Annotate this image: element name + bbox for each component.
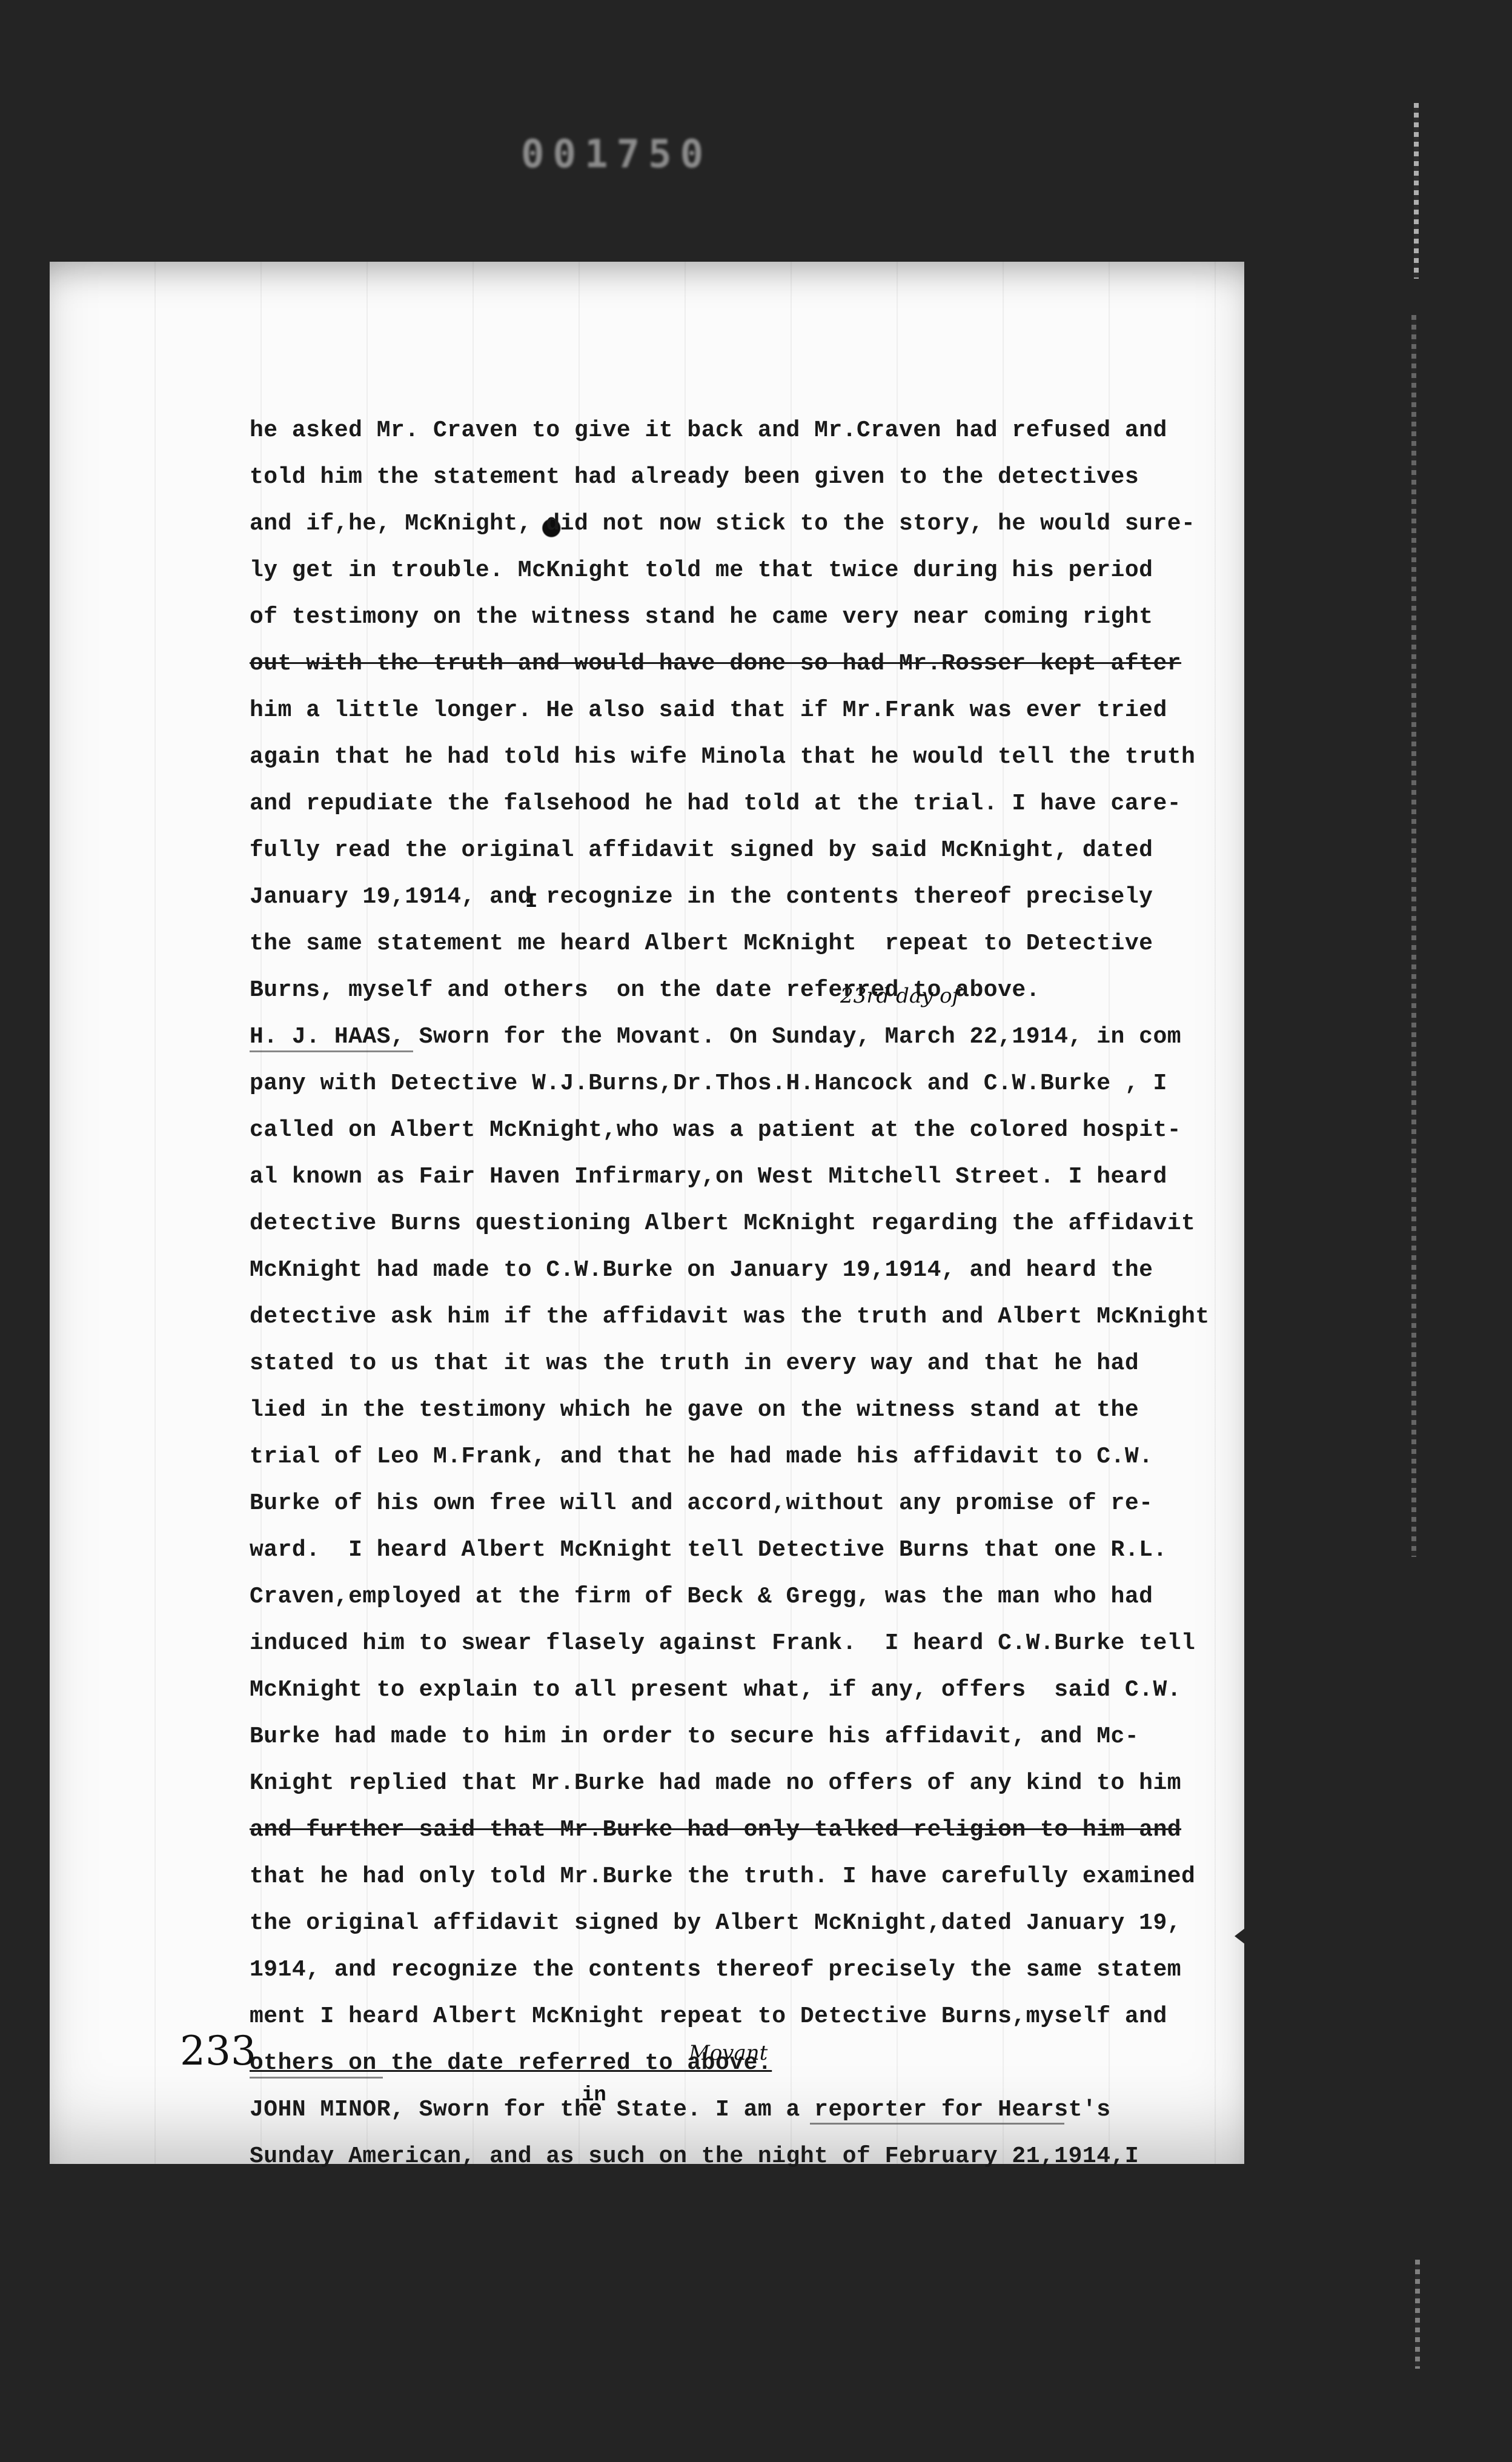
text-line: the same statement me heard Albert McKni…	[250, 920, 1231, 967]
underline-feb-date	[810, 2123, 1064, 2125]
text-line: 1914, and recognize the contents thereof…	[250, 1946, 1231, 1993]
text-line: again that he had told his wife Minola t…	[250, 734, 1231, 780]
typed-text-body: he asked Mr. Craven to give it back and …	[250, 407, 1231, 2180]
text-line: that he had only told Mr.Burke the truth…	[250, 1853, 1231, 1900]
text-line: trial of Leo M.Frank, and that he had ma…	[250, 1433, 1231, 1480]
handwritten-insert-in: in	[582, 2085, 606, 2106]
text-line: al known as Fair Haven Infirmary,on West…	[250, 1153, 1231, 1200]
text-line: fully read the original affidavit signed…	[250, 827, 1231, 874]
text-line: detective ask him if the affidavit was t…	[250, 1293, 1231, 1340]
text-line: the original affidavit signed by Albert …	[250, 1900, 1231, 1946]
text-line: and if,he, McKnight, did not now stick t…	[250, 500, 1231, 547]
text-line: Burke of his own free will and accord,wi…	[250, 1480, 1231, 1527]
text-line: and repudiate the falsehood he had told …	[250, 780, 1231, 827]
handwritten-insert-I: I	[525, 892, 537, 912]
text-line: detective Burns questioning Albert McKni…	[250, 1200, 1231, 1247]
page-number: 233	[180, 2028, 256, 2074]
text-line: pany with Detective W.J.Burns,Dr.Thos.H.…	[250, 1060, 1231, 1107]
handwritten-insert-date: 23rd day of	[840, 986, 960, 1006]
text-line: Burke had made to him in order to secure…	[250, 1713, 1231, 1760]
text-line-struck: and further said that Mr.Burke had only …	[250, 1807, 1231, 1853]
text-line: January 19,1914, and recognize in the co…	[250, 874, 1231, 920]
text-line: Sunday American, and as such on the nigh…	[250, 2133, 1231, 2180]
text-line: ment I heard Albert McKnight repeat to D…	[250, 1993, 1231, 2040]
text-line: Knight replied that Mr.Burke had made no…	[250, 1760, 1231, 1807]
text-line: stated to us that it was the truth in ev…	[250, 1340, 1231, 1387]
text-line: Burns, myself and others on the date ref…	[250, 967, 1231, 1014]
text-line: he asked Mr. Craven to give it back and …	[250, 407, 1231, 454]
text-line: ward. I heard Albert McKnight tell Detec…	[250, 1527, 1231, 1573]
document-page: he asked Mr. Craven to give it back and …	[50, 262, 1244, 2164]
text-line: McKnight had made to C.W.Burke on Januar…	[250, 1247, 1231, 1293]
text-line: him a little longer. He also said that i…	[250, 687, 1231, 734]
film-frame-number: 001750	[521, 132, 712, 177]
text-line-struck: out with the truth and would have done s…	[250, 640, 1231, 687]
text-line: lied in the testimony which he gave on t…	[250, 1387, 1231, 1433]
film-edge-marking	[1414, 103, 1419, 279]
handwritten-insert-movant: Movant	[689, 2043, 768, 2063]
text-line: Craven,employed at the firm of Beck & Gr…	[250, 1573, 1231, 1620]
text-line: called on Albert McKnight,who was a pati…	[250, 1107, 1231, 1153]
text-line-haas-heading: H. J. HAAS, Sworn for the Movant. On Sun…	[250, 1014, 1231, 1060]
text-line: ly get in trouble. McKnight told me that…	[250, 547, 1231, 594]
text-line: told him the statement had already been …	[250, 454, 1231, 500]
underline-haas	[250, 1050, 413, 1052]
film-edge-marking	[1411, 315, 1416, 1557]
text-line: of testimony on the witness stand he cam…	[250, 594, 1231, 640]
page-edge-notch	[1235, 1920, 1255, 1952]
underline-minor	[250, 2077, 383, 2079]
text-line: induced him to swear flasely against Fra…	[250, 1620, 1231, 1667]
text-line: McKnight to explain to all present what,…	[250, 1667, 1231, 1713]
film-edge-marking	[1415, 2260, 1420, 2369]
text-line-minor-heading: JOHN MINOR, Sworn for the State. I am a …	[250, 2086, 1231, 2133]
